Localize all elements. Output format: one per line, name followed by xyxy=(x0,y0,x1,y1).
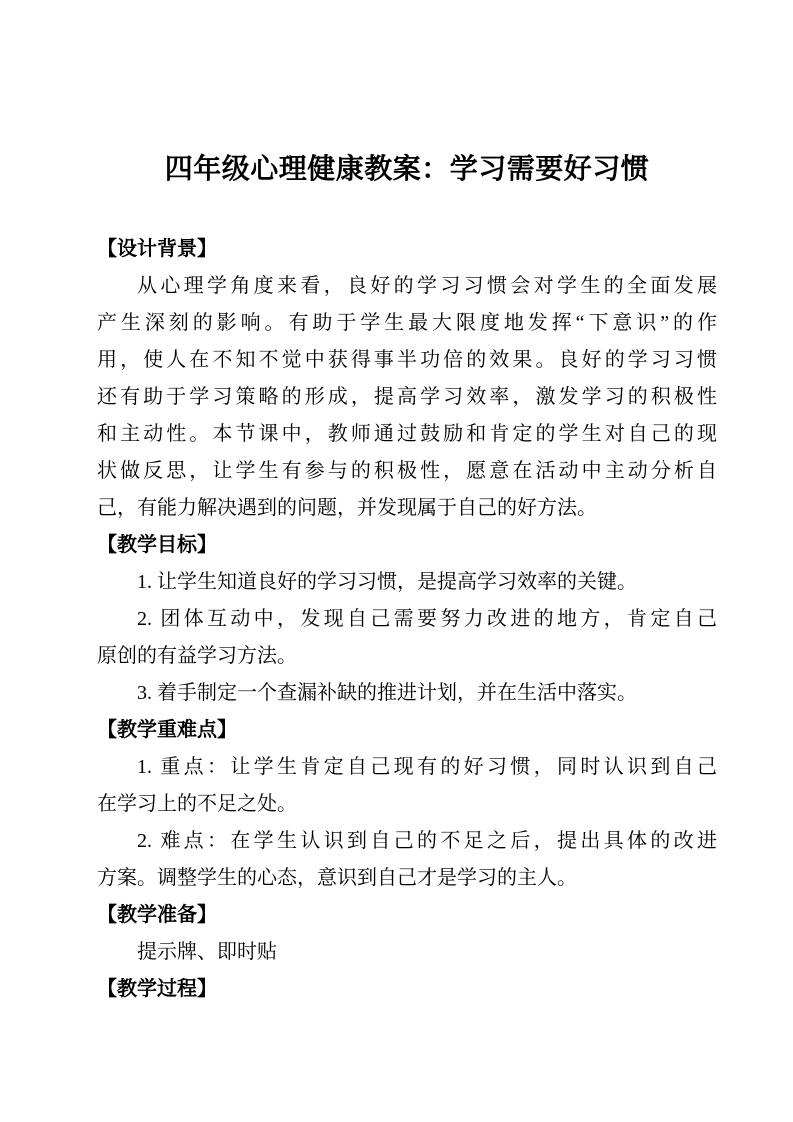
document-page: 四年级心理健康教案：学习需要好习惯 【设计背景】 从心理学角度来看，良好的学习习… xyxy=(0,0,793,1122)
text-line: 在学习上的不足之处。 xyxy=(97,786,717,823)
text-line: 己，有能力解决遇到的问题，并发现属于自己的好方法。 xyxy=(97,490,717,527)
text-line: 提示牌、即时贴 xyxy=(97,934,717,971)
text-line: 和主动性。本节课中，教师通过鼓励和肯定的学生对自己的现 xyxy=(97,416,717,453)
text-line: 方案。调整学生的心态，意识到自己才是学习的主人。 xyxy=(97,860,717,897)
text-line: 原创的有益学习方法。 xyxy=(97,638,717,675)
list-item: 2. 难点：在学生认识到自己的不足之后，提出具体的改进 xyxy=(97,823,717,860)
section-heading-teaching-goals: 【教学目标】 xyxy=(97,527,717,564)
text-line: 用，使人在不知不觉中获得事半功倍的效果。良好的学习习惯 xyxy=(97,342,717,379)
text-line: 产生深刻的影响。有助于学生最大限度地发挥“下意识”的作 xyxy=(97,305,717,342)
list-item: 1. 重点：让学生肯定自己现有的好习惯，同时认识到自己 xyxy=(97,749,717,786)
section-heading-preparation: 【教学准备】 xyxy=(97,897,717,934)
list-item: 3. 着手制定一个查漏补缺的推进计划，并在生活中落实。 xyxy=(97,675,717,712)
list-item: 2. 团体互动中，发现自己需要努力改进的地方，肯定自己 xyxy=(97,601,717,638)
list-item: 1. 让学生知道良好的学习习惯，是提高学习效率的关键。 xyxy=(97,564,717,601)
text-line: 还有助于学习策略的形成，提高学习效率，激发学习的积极性 xyxy=(97,379,717,416)
section-heading-teaching-process: 【教学过程】 xyxy=(97,971,717,1008)
text-line: 状做反思，让学生有参与的积极性，愿意在活动中主动分析自 xyxy=(97,453,717,490)
title-gap xyxy=(97,190,717,231)
text-line: 从心理学角度来看，良好的学习习惯会对学生的全面发展 xyxy=(97,268,717,305)
section-heading-design-background: 【设计背景】 xyxy=(97,231,717,268)
page-title: 四年级心理健康教案：学习需要好习惯 xyxy=(97,148,717,190)
section-heading-key-difficulties: 【教学重难点】 xyxy=(97,712,717,749)
